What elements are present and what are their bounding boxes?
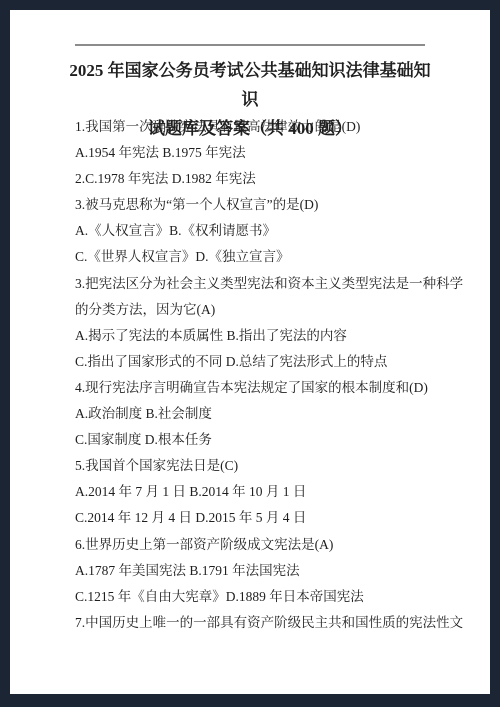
doc-line: 3.被马克思称为“第一个人权宣言”的是(D): [75, 192, 445, 218]
doc-line: 7.中国历史上唯一的一部具有资产阶级民主共和国性质的宪法性文: [75, 610, 445, 636]
document-frame: 2025 年国家公务员考试公共基础知识法律基础知识 试题库及答案（共 400 题…: [0, 0, 500, 707]
doc-line: A.1787 年美国宪法 B.1791 年法国宪法: [75, 558, 445, 584]
doc-line: A.政治制度 B.社会制度: [75, 401, 445, 427]
doc-line: 2.C.1978 年宪法 D.1982 年宪法: [75, 166, 445, 192]
doc-line: A.1954 年宪法 B.1975 年宪法: [75, 140, 445, 166]
document-page: 2025 年国家公务员考试公共基础知识法律基础知识 试题库及答案（共 400 题…: [10, 10, 490, 694]
doc-line: A.《人权宣言》B.《权利请愿书》: [75, 218, 445, 244]
doc-line: 的分类方法，因为它(A): [75, 297, 445, 323]
doc-line: C.国家制度 D.根本任务: [75, 427, 445, 453]
doc-line: C.《世界人权宣言》D.《独立宣言》: [75, 244, 445, 270]
doc-line: C.1215 年《自由大宪章》D.1889 年日本帝国宪法: [75, 584, 445, 610]
doc-line: 3.把宪法区分为社会主义类型宪法和资本主义类型宪法是一种科学: [75, 271, 445, 297]
doc-line: 6.世界历史上第一部资产阶级成文宪法是(A): [75, 532, 445, 558]
doc-line: A.2014 年 7 月 1 日 B.2014 年 10 月 1 日: [75, 479, 445, 505]
doc-line: C.2014 年 12 月 4 日 D.2015 年 5 月 4 日: [75, 505, 445, 531]
doc-line: A.揭示了宪法的本质属性 B.指出了宪法的内容: [75, 323, 445, 349]
doc-line: 4.现行宪法序言明确宣告本宪法规定了国家的根本制度和(D): [75, 375, 445, 401]
doc-line: 5.我国首个国家宪法日是(C): [75, 453, 445, 479]
doc-line: 1.我国第一次确认宪法具有最高法律效力的是(D): [75, 114, 445, 140]
document-body: 1.我国第一次确认宪法具有最高法律效力的是(D) A.1954 年宪法 B.19…: [75, 114, 445, 636]
header-divider: [75, 44, 425, 46]
document-title-line1: 2025 年国家公务员考试公共基础知识法律基础知识: [65, 56, 435, 114]
doc-line: C.指出了国家形式的不同 D.总结了宪法形式上的特点: [75, 349, 445, 375]
